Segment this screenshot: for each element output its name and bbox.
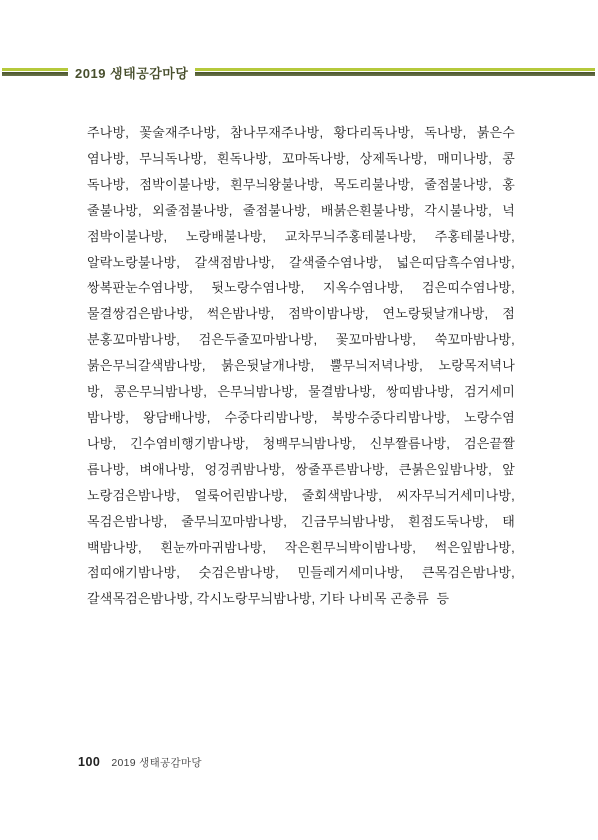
footer-title: 2019 생태공감마당 [111, 755, 201, 770]
header-title: 2019 생태공감마당 [68, 63, 195, 82]
text-line: 목검은밤나방, 줄무늬꼬마밤나방, 긴금무늬밤나방, 흰점도둑나방, 태 [87, 509, 515, 535]
text-line: 독나방, 점박이불나방, 흰무늬왕불나방, 목도리불나방, 줄점불나방, 홍 [87, 172, 515, 198]
text-line: 나방, 긴수염비행기밤나방, 청백무늬밤나방, 신부짤름나방, 검은끝짤 [87, 431, 515, 457]
document-page: 2019 생태공감마당 주나방, 꽃술재주나방, 참나무재주나방, 황다리독나방… [0, 0, 598, 840]
text-line: 방, 콩은무늬밤나방, 은무늬밤나방, 물결밤나방, 쌍띠밤나방, 검거세미 [87, 379, 515, 405]
text-line: 주나방, 꽃술재주나방, 참나무재주나방, 황다리독나방, 독나방, 붉은수 [87, 120, 515, 146]
text-line: 름나방, 벼애나방, 엉겅퀴밤나방, 쌍줄푸른밤나방, 큰붉은잎밤나방, 앞 [87, 457, 515, 483]
text-line: 백밤나방, 흰눈까마귀밤나방, 작은흰무늬박이밤나방, 썩은잎밤나방, [87, 535, 515, 561]
text-line: 염나방, 무늬독나방, 흰독나방, 꼬마독나방, 상제독나방, 매미나방, 콩 [87, 146, 515, 172]
text-line: 밤나방, 왕담배나방, 수중다리밤나방, 북방수중다리밤나방, 노랑수염 [87, 405, 515, 431]
text-line: 줄불나방, 외줄점불나방, 줄점불나방, 배붉은흰불나방, 각시불나방, 넉 [87, 198, 515, 224]
text-line: 점박이불나방, 노랑배불나방, 교차무늬주홍테불나방, 주홍테불나방, [87, 224, 515, 250]
text-line: 물결쌍검은밤나방, 썩은밤나방, 점박이밤나방, 연노랑뒷날개나방, 점 [87, 301, 515, 327]
text-line: 점띠애기밤나방, 숫검은밤나방, 민들레거세미나방, 큰목검은밤나방, [87, 560, 515, 586]
species-list: 주나방, 꽃술재주나방, 참나무재주나방, 황다리독나방, 독나방, 붉은수 염… [87, 120, 515, 612]
page-footer: 100 2019 생태공감마당 [78, 755, 202, 770]
header-stripe-right [195, 68, 595, 76]
text-line: 쌍복판눈수염나방, 뒷노랑수염나방, 지옥수염나방, 검은띠수염나방, [87, 275, 515, 301]
text-line: 노랑검은밤나방, 얼룩어린밤나방, 줄회색밤나방, 씨자무늬거세미나방, [87, 483, 515, 509]
page-header: 2019 생태공감마당 [0, 63, 598, 81]
text-line: 붉은무늬갈색밤나방, 붉은뒷날개나방, 뿔무늬저녁나방, 노랑목저녁나 [87, 353, 515, 379]
text-line: 갈색목검은밤나방, 각시노랑무늬밤나방, 기타 나비목 곤충류 등 [87, 586, 515, 612]
header-stripe-left [2, 68, 68, 76]
text-line: 알락노랑불나방, 갈색점밤나방, 갈색줄수염나방, 넓은띠담흑수염나방, [87, 250, 515, 276]
page-number: 100 [78, 755, 100, 769]
text-line: 분홍꼬마밤나방, 검은두줄꼬마밤나방, 꽃꼬마밤나방, 쑥꼬마밤나방, [87, 327, 515, 353]
